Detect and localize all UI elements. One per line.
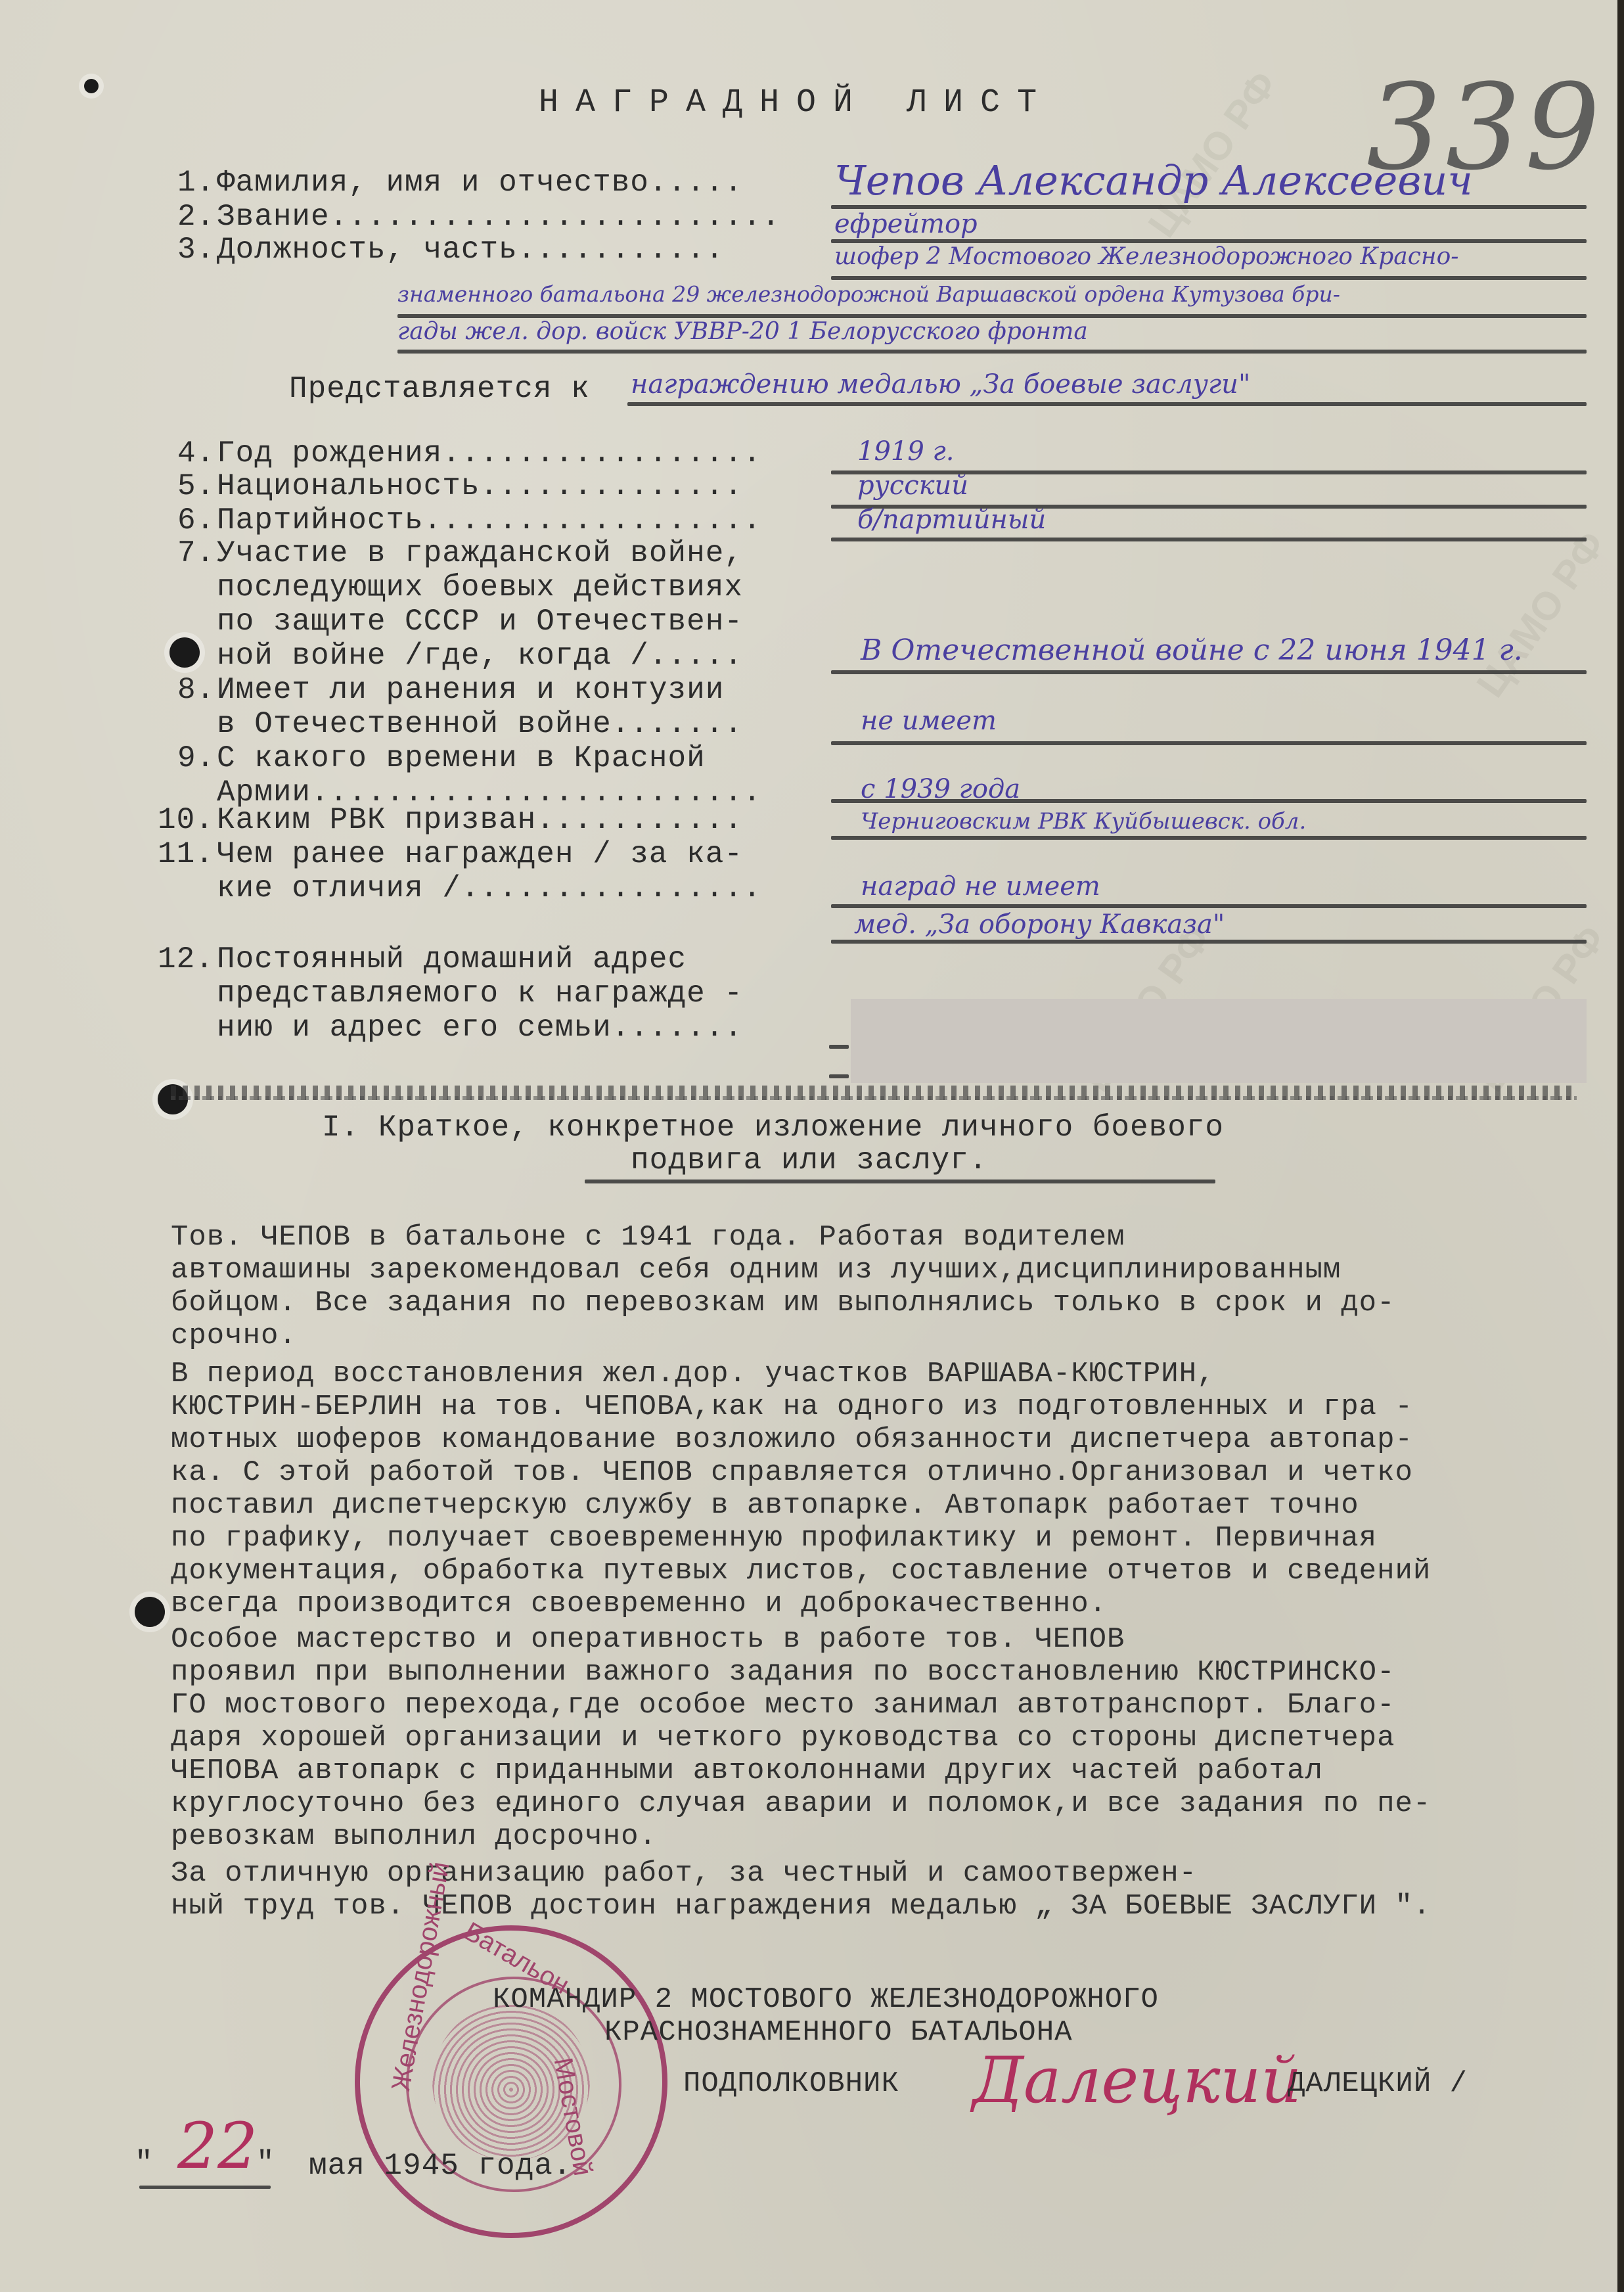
field-7-value: В Отечественной войне с 22 июня 1941 г. (861, 633, 1523, 667)
body-line: ревозкам выполнил досрочно. (171, 1820, 657, 1853)
field-8-label: в Отечественной войне....... (217, 707, 743, 741)
field-7-label: ной войне /где, когда /..... (217, 639, 743, 673)
watermark: ЦАМО РФ (1468, 523, 1614, 706)
field-3-value-cont: знаменного батальона 29 железнодорожной … (397, 281, 1340, 307)
body-line: ка. С этой работой тов. ЧЕПОВ справляетс… (171, 1456, 1413, 1489)
commander-title-line1: КОМАНДИР 2 МОСТОВОГО ЖЕЛЕЗНОДОРОЖНОГО (493, 1983, 1159, 2016)
field-3-value-cont: гады жел. дор. войск УВВР-20 1 Белорусск… (397, 318, 1088, 345)
body-line: В период восстановления жел.дор. участко… (171, 1358, 1215, 1390)
underline (831, 741, 1587, 745)
field-5-value: русский (857, 470, 968, 501)
body-line: Тов. ЧЕПОВ в батальоне с 1941 года. Рабо… (171, 1221, 1125, 1254)
field-8-value: не имеет (861, 706, 997, 736)
document-title: НАГРАДНОЙ ЛИСТ (539, 84, 1054, 122)
body-line: ГО мостового перехода,где особое место з… (171, 1689, 1395, 1722)
nomination-value: награждению медалью „За боевые заслуги" (631, 369, 1250, 400)
field-3-num: 3. (177, 233, 215, 267)
field-7-label: последующих боевых действиях (217, 570, 743, 605)
field-12-label: нию и адрес его семьи....... (217, 1011, 743, 1045)
body-line: поставил диспетчерскую службу в автопарк… (171, 1489, 1359, 1522)
nomination-label: Представляется к (289, 372, 590, 406)
field-9-label: С какого времени в Красной (217, 741, 706, 775)
body-line: всегда производится своевременно и добро… (171, 1588, 1107, 1620)
body-line: даря хорошей организации и четкого руков… (171, 1722, 1395, 1754)
underline (831, 836, 1587, 840)
field-6-value: б/партийный (857, 505, 1046, 535)
field-10-label: Каким РВК призван........... (217, 803, 743, 837)
field-11-value2: мед. „За оборону Кавказа" (854, 909, 1225, 940)
field-11-value: наград не имеет (861, 871, 1100, 902)
redacted-address (851, 999, 1587, 1083)
underline (585, 1180, 1215, 1183)
field-6-label: Партийность.................. (217, 503, 762, 538)
body-line: круглосуточно без единого случая аварии … (171, 1787, 1431, 1820)
field-8-label: Имеет ли ранения и контузии (217, 673, 724, 707)
underline (831, 670, 1587, 674)
date-rest: мая 1945 года. (309, 2149, 572, 2183)
commander-signature: Далецкий (972, 2044, 1301, 2117)
field-4-value: 1919 г. (857, 436, 954, 467)
official-stamp: Железнодорожный Батальон Мостовой (355, 1925, 667, 2238)
date-underline (139, 2186, 271, 2189)
field-4-label: Год рождения................. (217, 436, 762, 470)
commander-name: ДАЛЕЦКИЙ / (1288, 2067, 1468, 2100)
field-11-num: 11. (158, 837, 214, 871)
underline (831, 904, 1587, 908)
field-1-label: Фамилия, имя и отчество..... (217, 166, 743, 200)
body-line: КЮСТРИН-БЕРЛИН на тов. ЧЕПОВА,как на одн… (171, 1390, 1413, 1423)
underline (627, 402, 1587, 406)
underline (397, 350, 1587, 354)
date-close-quote: " (256, 2146, 275, 2180)
field-4-num: 4. (177, 436, 215, 470)
body-line: бойцом. Все задания по перевозкам им вып… (171, 1287, 1395, 1319)
field-12-label: Постоянный домашний адрес (217, 942, 687, 976)
body-line: За отличную организацию работ, за честны… (171, 1857, 1197, 1890)
field-10-value: Черниговским РВК Куйбышевск. обл. (861, 808, 1306, 835)
underline (829, 1074, 849, 1078)
field-7-label: Участие в гражданской войне, (217, 536, 743, 570)
date-open-quote: " (135, 2146, 154, 2180)
field-12-num: 12. (158, 942, 214, 976)
field-6-num: 6. (177, 503, 215, 538)
body-line: Особое мастерство и оперативность в рабо… (171, 1623, 1125, 1656)
field-11-label: Чем ранее награжден / за ка- (217, 837, 743, 871)
scan-edge (1617, 0, 1624, 2292)
field-11-label: кие отличия /................ (217, 871, 762, 905)
field-1-value: Чепов Александр Алексеевич (834, 156, 1473, 204)
punch-hole (135, 1597, 165, 1627)
body-line: ный труд тов. ЧЕПОВ достоин награждения … (171, 1890, 1431, 1923)
underline (831, 940, 1587, 944)
body-line: проявил при выполнении важного задания п… (171, 1656, 1395, 1689)
body-line: ЧЕПОВА автопарк с приданными автоколонна… (171, 1754, 1323, 1787)
punch-hole (169, 637, 200, 668)
field-2-value: ефрейтор (834, 209, 978, 239)
field-8-num: 8. (177, 673, 215, 707)
field-2-label: Звание........................ (217, 200, 780, 234)
date-day: 22 (177, 2109, 258, 2183)
punch-hole (84, 79, 99, 93)
field-12-label: представляемого к награжде - (217, 976, 743, 1011)
watermark: ЦАМО РФ (1139, 63, 1286, 246)
body-line: по графику, получает своевременную профи… (171, 1522, 1377, 1555)
underline (829, 1045, 849, 1049)
field-1-num: 1. (177, 166, 215, 200)
field-10-num: 10. (158, 803, 214, 837)
commander-rank: ПОДПОЛКОВНИК (683, 2067, 899, 2100)
field-2-num: 2. (177, 200, 215, 234)
body-line: срочно. (171, 1319, 297, 1352)
underline (831, 538, 1587, 541)
field-5-num: 5. (177, 469, 215, 503)
section-separator (171, 1096, 1577, 1100)
body-line: мотных шоферов командование возложило об… (171, 1423, 1413, 1456)
underline (831, 276, 1587, 280)
body-line: документация, обработка путевых листов, … (171, 1555, 1431, 1588)
field-7-num: 7. (177, 536, 215, 570)
field-9-num: 9. (177, 741, 215, 775)
section-heading-2: подвига или заслуг. (631, 1143, 988, 1178)
field-7-label: по защите СССР и Отечествен- (217, 605, 743, 639)
underline (831, 799, 1587, 803)
field-3-label: Должность, часть........... (217, 233, 724, 267)
section-heading: I. Краткое, конкретное изложение личного… (322, 1111, 1224, 1145)
field-5-label: Национальность.............. (217, 469, 743, 503)
body-line: автомашины зарекомендовал себя одним из … (171, 1254, 1341, 1287)
field-3-value: шофер 2 Мостового Железнодорожного Красн… (834, 243, 1458, 270)
